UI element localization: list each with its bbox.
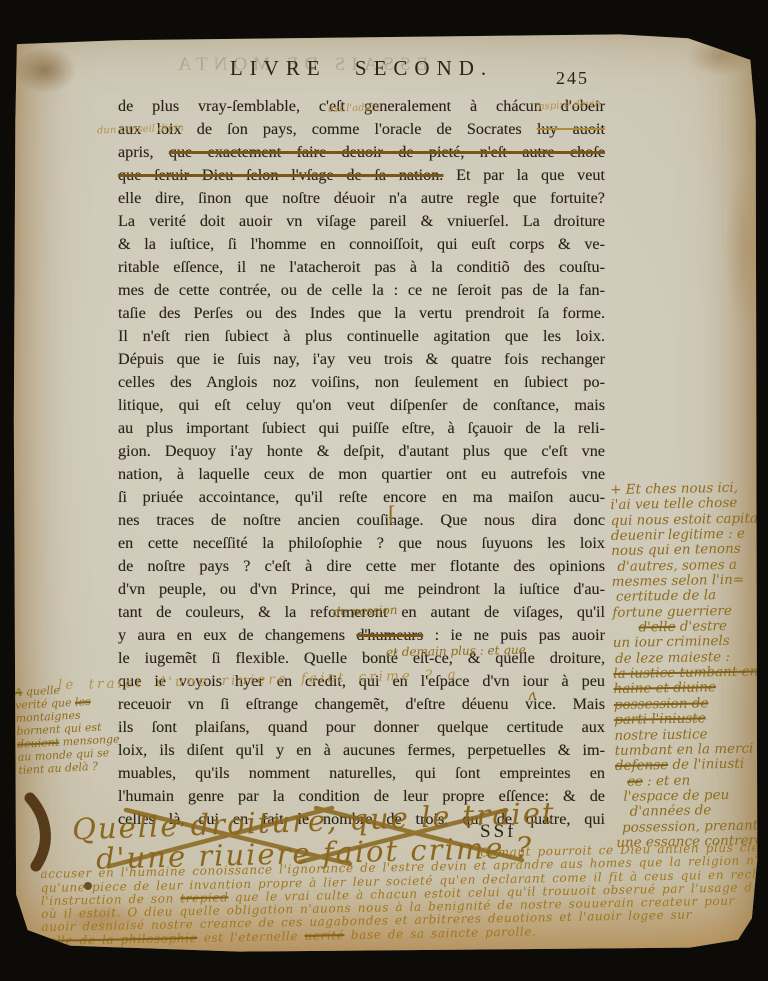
bottom-handwritten-note: Comant pourroit ce Dieu antien plus cler… [40, 841, 768, 948]
body-line: La verité doit auoir vn viſage pareil & … [118, 210, 605, 233]
body-line: aux loix de ſon pays, comme l'oracle de … [118, 118, 605, 141]
body-line: Il n'eſt rien ſubiect à plus continuelle… [118, 325, 605, 348]
body-line: muables, qu'ils nomment naturelles, qui … [118, 762, 605, 785]
body-line: elle dire, ſinon que noſtre déuoir n'a a… [118, 187, 605, 210]
body-line: que ſeruir Dieu ſelon l'vſage de ſa nati… [118, 164, 605, 187]
interlinear-note: ʌ [528, 686, 536, 704]
scanned-page: ESSAIS DE MONTA LIVRE SECOND. 245 de plu… [0, 0, 768, 981]
body-line: nes traces de noſtre ancien couſinage. Q… [118, 509, 605, 532]
body-line: en cette neceſſité la philoſophie ? que … [118, 532, 605, 555]
body-line: celles des Anglois noz voiſins, non ſeul… [118, 371, 605, 394]
body-line: taſie des Perſes ou des Indes que la ver… [118, 302, 605, 325]
left-margin-note: A quelleverité que lesmontaignesbornent … [14, 680, 131, 777]
body-line: ritable eſſence, il ne l'atacheroit pas … [118, 256, 605, 279]
interlinear-note: [ [388, 501, 396, 525]
body-line: litique, qui eſt celuy qu'on veut diſpen… [118, 394, 605, 417]
running-header: LIVRE SECOND. [118, 56, 605, 81]
body-line: gion. Dequoy i'ay honte & deſpit, d'auta… [118, 440, 605, 463]
page-number: 245 [556, 68, 589, 89]
interlinear-note: de passion [333, 603, 398, 619]
body-line: le iugemẽt ſi flexible. Quelle bonté eſt… [118, 647, 605, 670]
body-line: ſi priuée accointance, qu'il reſte encor… [118, 486, 605, 509]
body-line: nation, à laquelle ceux de mon quartier … [118, 463, 605, 486]
body-line: loix, ils diſent qu'il y en à aucunes fe… [118, 739, 605, 762]
body-line: d'vn peuple, ou d'vn Prince, qui me pein… [118, 578, 605, 601]
body-line: ils ſont plaiſans, quand pour donner que… [118, 716, 605, 739]
body-line: Dépuis que ie ſuis nay, i'ay veu trois &… [118, 348, 605, 371]
corner-stain [2, 38, 88, 102]
body-line: de noſtre pays ? c'eſt à dire cette mer … [118, 555, 605, 578]
body-line: mes de cette contrée, ou de celle la : c… [118, 279, 605, 302]
interlinear-note: et demain plus : et que [386, 643, 526, 659]
body-line: apris, que exactement faire deuoir de pi… [118, 141, 605, 164]
corner-stain [676, 30, 766, 82]
right-edge-stain [720, 150, 766, 350]
body-line: y aura en eux de changemens d'humeurs : … [118, 624, 605, 647]
body-line: & la iuſtice, ſi l'homme en connoiſſoit,… [118, 233, 605, 256]
right-margin-note: + Et ches nous ici,i'ai veu telle choseq… [610, 480, 768, 851]
interlinear-note: est l'aduis [328, 102, 380, 115]
body-line: au plus important ſubiect qui puiſſe eſt… [118, 417, 605, 440]
book-page: ESSAIS DE MONTA LIVRE SECOND. 245 de plu… [0, 0, 768, 981]
printed-text-block: de plus vray-ſemblable, c'eſt generaleme… [118, 95, 605, 831]
